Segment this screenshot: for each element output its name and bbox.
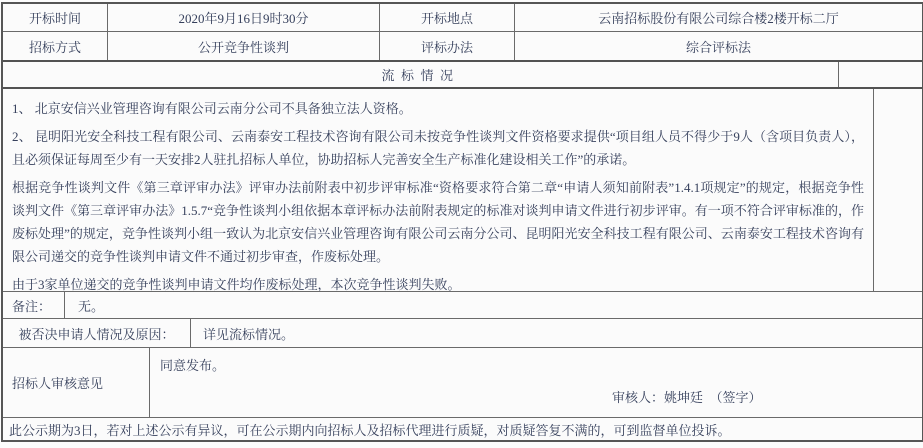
remark-row: 备注： 无。 [3,292,922,319]
failure-details-cell: 1、 北京安信兴业管理咨询有限公司云南分公司不具备独立法人资格。 2、 昆明阳光… [3,89,874,291]
section-title: 流标情况 [3,62,839,87]
footer-note-row: 此公示期为3日，若对上述公示有异议，可在公示期内向招标人及招标代理进行质疑，对质… [3,418,922,440]
info-row-2: 招标方式 公开竞争性谈判 评标办法 综合评标法 [3,32,922,62]
failure-details-spacer-cell [874,89,922,291]
evaluation-method-label: 评标办法 [380,32,515,60]
tender-method-value: 公开竞争性谈判 [108,32,380,60]
info-row-1: 开标时间 2020年9月16日9时30分 开标地点 云南招标股份有限公司综合楼2… [3,4,922,32]
open-time-value: 2020年9月16日9时30分 [108,4,380,31]
open-place-value: 云南招标股份有限公司综合楼2楼开标二厅 [515,4,922,31]
failure-paragraph-4: 由于3家单位递交的竞争性谈判申请文件均作废标处理，本次竞争性谈判失败。 [12,273,864,291]
footer-note: 此公示期为3日，若对上述公示有异议，可在公示期内向招标人及招标代理进行质疑，对质… [3,418,922,440]
evaluation-method-value: 综合评标法 [515,32,922,60]
review-row: 招标人审核意见 同意发布。 审核人：姚坤廷 （签字） [3,348,922,418]
rejected-applicants-value: 详见流标情况。 [191,319,922,347]
reviewer-signature: 审核人：姚坤廷 （签字） [612,387,762,406]
tender-method-label: 招标方式 [3,32,108,60]
section-header-spacer-cell [839,62,922,87]
remark-label: 备注： [3,292,65,318]
failure-details-row: 1、 北京安信兴业管理咨询有限公司云南分公司不具备独立法人资格。 2、 昆明阳光… [3,89,922,292]
rejected-applicants-row: 被否决申请人情况及原因： 详见流标情况。 [3,319,922,348]
section-header-row: 流标情况 [3,62,922,89]
failure-paragraph-3: 根据竞争性谈判文件《第三章评审办法》评审办法前附表中初步评审标准“资格要求符合第… [12,176,864,268]
bid-failure-announcement-page: 开标时间 2020年9月16日9时30分 开标地点 云南招标股份有限公司综合楼2… [0,0,923,448]
remark-value: 无。 [65,292,922,318]
review-comment: 同意发布。 [160,355,225,374]
failure-paragraph-2: 2、 昆明阳光安全科技工程有限公司、云南泰安工程技术咨询有限公司未按竞争性谈判文… [12,125,864,171]
announcement-table: 开标时间 2020年9月16日9时30分 开标地点 云南招标股份有限公司综合楼2… [1,2,923,442]
review-label: 招标人审核意见 [3,348,150,417]
review-content-cell: 同意发布。 审核人：姚坤廷 （签字） [150,348,922,417]
open-place-label: 开标地点 [380,4,515,31]
failure-paragraph-1: 1、 北京安信兴业管理咨询有限公司云南分公司不具备独立法人资格。 [12,97,864,120]
open-time-label: 开标时间 [3,4,108,31]
rejected-applicants-label: 被否决申请人情况及原因： [3,319,191,347]
